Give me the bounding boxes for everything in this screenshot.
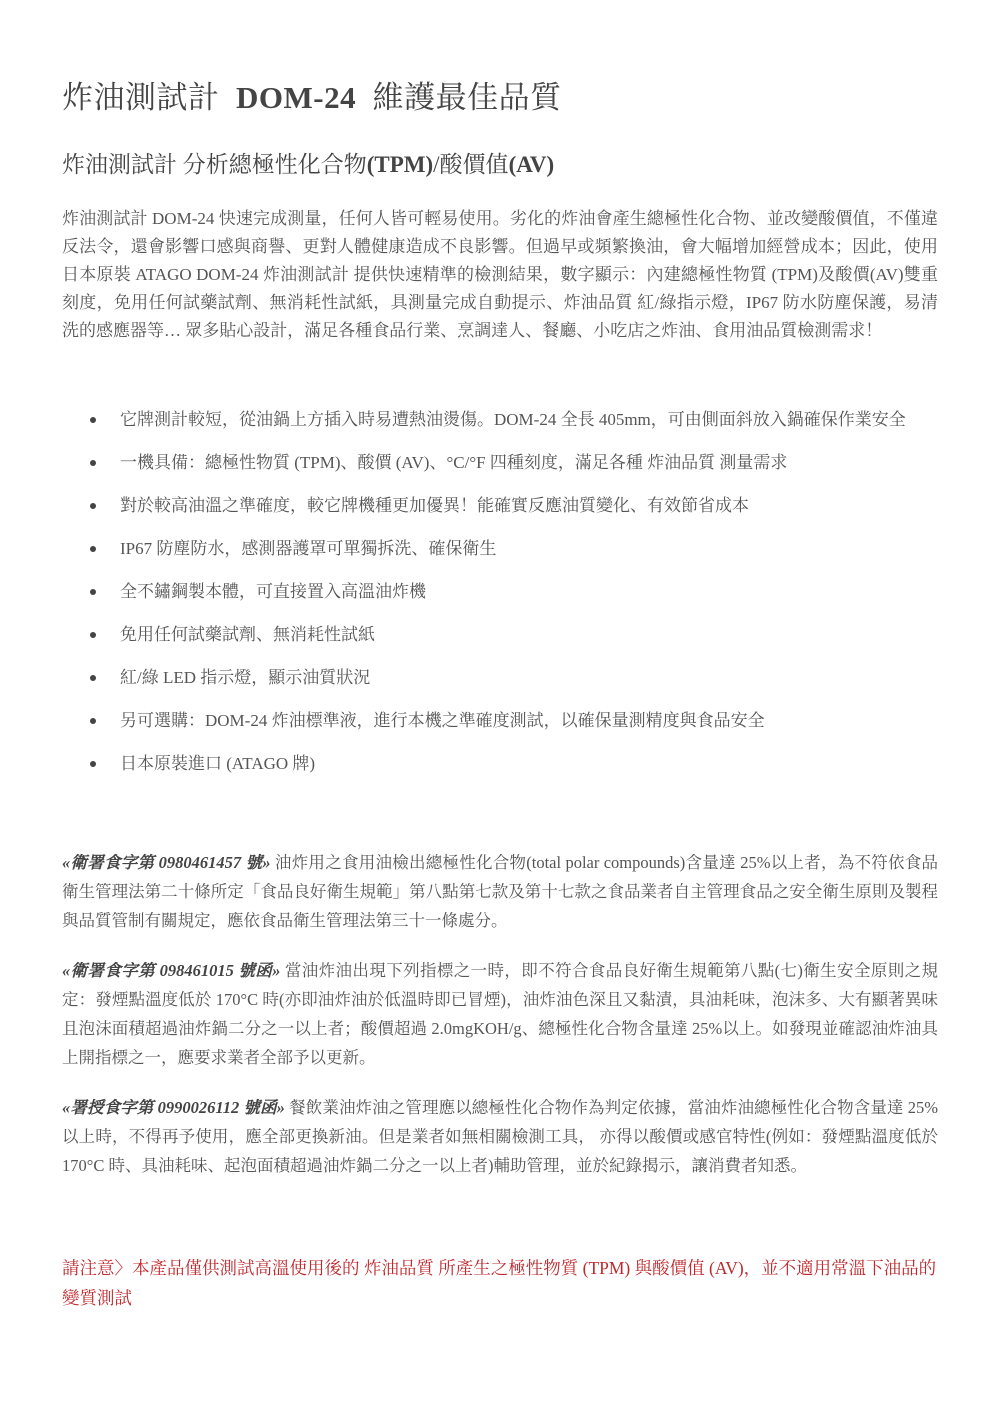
intro-paragraph: 炸油測試計 DOM-24 快速完成測量，任何人皆可輕易使用。劣化的炸油會產生總極… <box>62 205 938 345</box>
subtitle-tpm: (TPM) <box>367 152 433 177</box>
feature-text: 一機具備：總極性物質 (TPM)、酸價 (AV)、°C/°F 四種刻度，滿足各種… <box>120 453 787 472</box>
regulation-reference: «署授食字第 0990026112 號函» <box>62 1098 285 1117</box>
feature-item: 另可選購：DOM-24 炸油標準液，進行本機之準確度測試，以確保量測精度與食品安… <box>62 706 942 736</box>
feature-text: 日本原裝進口 (ATAGO 牌) <box>120 754 315 773</box>
feature-text: 另可選購：DOM-24 炸油標準液，進行本機之準確度測試，以確保量測精度與食品安… <box>120 711 765 730</box>
bullet-icon <box>90 460 96 466</box>
feature-item: 一機具備：總極性物質 (TPM)、酸價 (AV)、°C/°F 四種刻度，滿足各種… <box>62 448 942 478</box>
feature-item: 全不鏽鋼製本體，可直接置入高溫油炸機 <box>62 577 942 607</box>
feature-item: 對於較高油溫之準確度，較它牌機種更加優異！能確實反應油質變化、有效節省成本 <box>62 491 942 521</box>
title-suffix: 維護最佳品質 <box>373 80 562 115</box>
regulation-paragraph: «署授食字第 0990026112 號函» 餐飲業油炸油之管理應以總極性化合物作… <box>62 1093 938 1180</box>
subtitle-prefix: 炸油測試計 分析總極性化合物 <box>62 152 367 177</box>
feature-text: 它牌測計較短，從油鍋上方插入時易遭熱油燙傷。DOM-24 全長 405mm，可由… <box>120 410 906 429</box>
warning-note: 請注意〉本產品僅供測試高溫使用後的 炸油品質 所產生之極性物質 (TPM) 與酸… <box>62 1253 938 1313</box>
regulation-reference: «衛署食字第 0980461457 號» <box>62 853 271 872</box>
subtitle-sep: /酸價值 <box>433 152 508 177</box>
regulation-paragraph: «衛署食字第 098461015 號函» 當油炸油出現下列指標之一時，即不符合食… <box>62 956 938 1072</box>
title-prefix: 炸油測試計 <box>62 80 220 115</box>
feature-list: 它牌測計較短，從油鍋上方插入時易遭熱油燙傷。DOM-24 全長 405mm，可由… <box>62 405 942 792</box>
page-subtitle: 炸油測試計 分析總極性化合物(TPM)/酸價值(AV) <box>62 146 554 179</box>
feature-text: 全不鏽鋼製本體，可直接置入高溫油炸機 <box>120 582 426 601</box>
feature-item: 紅/綠 LED 指示燈，顯示油質狀況 <box>62 663 942 693</box>
feature-text: 對於較高油溫之準確度，較它牌機種更加優異！能確實反應油質變化、有效節省成本 <box>120 496 749 515</box>
regulation-reference: «衛署食字第 098461015 號函» <box>62 961 280 980</box>
feature-text: 紅/綠 LED 指示燈，顯示油質狀況 <box>120 668 370 687</box>
bullet-icon <box>90 503 96 509</box>
bullet-icon <box>90 546 96 552</box>
bullet-icon <box>90 675 96 681</box>
feature-item: 免用任何試藥試劑、無消耗性試紙 <box>62 620 942 650</box>
bullet-icon <box>90 632 96 638</box>
title-model: DOM-24 <box>236 80 356 115</box>
feature-text: 免用任何試藥試劑、無消耗性試紙 <box>120 625 375 644</box>
bullet-icon <box>90 761 96 767</box>
feature-item: 它牌測計較短，從油鍋上方插入時易遭熱油燙傷。DOM-24 全長 405mm，可由… <box>62 405 942 435</box>
regulation-paragraph: «衛署食字第 0980461457 號» 油炸用之食用油檢出總極性化合物(tot… <box>62 848 938 935</box>
feature-text: IP67 防塵防水，感測器護罩可單獨拆洗、確保衛生 <box>120 539 496 558</box>
regulations-section: «衛署食字第 0980461457 號» 油炸用之食用油檢出總極性化合物(tot… <box>62 848 938 1201</box>
bullet-icon <box>90 417 96 423</box>
feature-item: IP67 防塵防水，感測器護罩可單獨拆洗、確保衛生 <box>62 534 942 564</box>
subtitle-av: (AV) <box>509 152 555 177</box>
feature-item: 日本原裝進口 (ATAGO 牌) <box>62 749 942 779</box>
bullet-icon <box>90 589 96 595</box>
page-title: 炸油測試計 DOM-24 維護最佳品質 <box>62 72 562 117</box>
bullet-icon <box>90 718 96 724</box>
